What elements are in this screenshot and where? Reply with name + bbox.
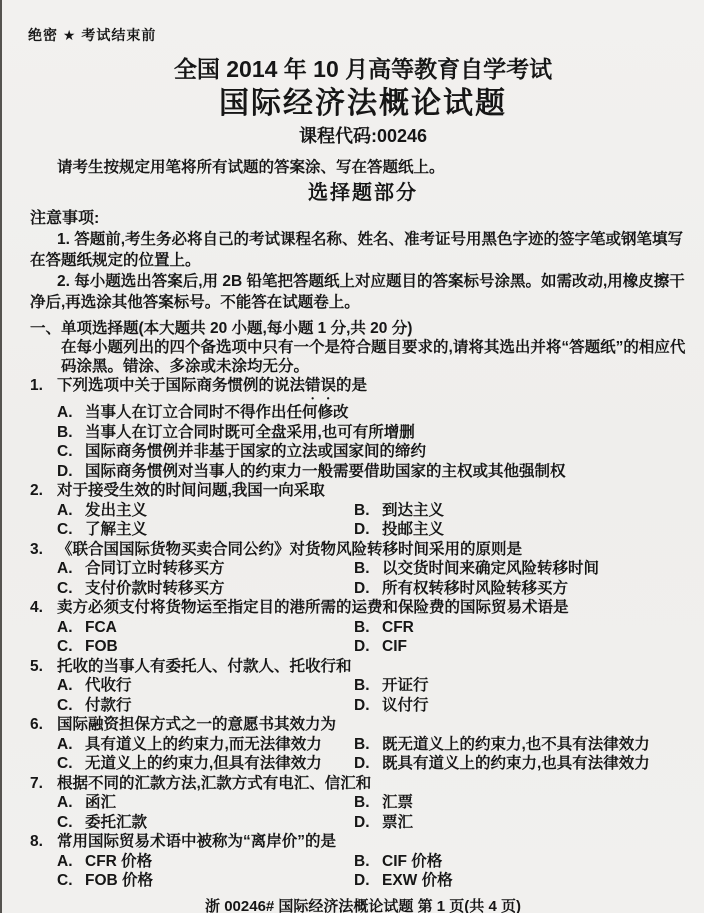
- paper-title: 国际经济法概论试题: [30, 86, 696, 122]
- option-text: 议付行: [382, 696, 429, 716]
- question-stem: 7.根据不同的汇款方法,汇款方式有电汇、信汇和: [30, 774, 696, 794]
- option-letter: B.: [354, 852, 382, 872]
- question-stem: 4.卖方必须支付将货物运至指定目的港所需的运费和保险费的国际贸易术语是: [30, 598, 696, 618]
- question-stem-text: 托收的当事人有委托人、付款人、托收行和: [57, 657, 696, 677]
- question-6: 6.国际融资担保方式之一的意愿书其效力为A.具有道义上的约束力,而无法律效力B.…: [30, 715, 696, 774]
- notes-heading: 注意事项:: [30, 208, 696, 229]
- option-letter: D.: [354, 520, 382, 540]
- option-text: 委托汇款: [85, 813, 147, 833]
- question-options: A.CFR 价格B.CIF 价格C.FOB 价格D.EXW 价格: [57, 852, 696, 891]
- option-B: B.开证行: [354, 676, 696, 696]
- option-D: D.所有权转移时风险转移买方: [354, 579, 696, 599]
- option-text: 合同订立时转移买方: [85, 559, 225, 579]
- option-A: A.发出主义: [57, 501, 354, 521]
- option-D: D.EXW 价格: [354, 871, 696, 891]
- option-letter: A.: [57, 559, 85, 579]
- question-stem: 6.国际融资担保方式之一的意愿书其效力为: [30, 715, 696, 735]
- option-letter: C.: [57, 520, 85, 540]
- option-B: B.汇票: [354, 793, 696, 813]
- question-stem: 3.《联合国国际货物买卖合同公约》对货物风险转移时间采用的原则是: [30, 540, 696, 560]
- scan-edge-artifact: [0, 0, 2, 913]
- stem-text: 根据不同的汇款方法,汇款方式有电汇、信汇和: [57, 775, 371, 792]
- note-item-1: 1. 答题前,考生务必将自己的考试课程名称、姓名、准考证号用黑色字迹的签字笔或钢…: [30, 229, 696, 271]
- option-text: CIF: [382, 637, 407, 657]
- option-A: A.具有道义上的约束力,而无法律效力: [57, 735, 354, 755]
- option-A: A.FCA: [57, 618, 354, 638]
- option-text: FOB 价格: [85, 871, 153, 891]
- option-letter: A.: [57, 852, 85, 872]
- stem-text: 托收的当事人有委托人、付款人、托收行和: [57, 658, 352, 675]
- option-C: C.支付价款时转移买方: [57, 579, 354, 599]
- question-number: 1.: [30, 376, 57, 403]
- option-letter: B.: [354, 618, 382, 638]
- question-stem-text: 根据不同的汇款方法,汇款方式有电汇、信汇和: [57, 774, 696, 794]
- classification-banner: 绝密 ★ 考试结束前: [28, 25, 696, 45]
- option-B: B.当事人在订立合同时既可全盘采用,也可有所增删: [57, 423, 696, 443]
- question-5: 5.托收的当事人有委托人、付款人、托收行和A.代收行B.开证行C.付款行D.议付…: [30, 657, 696, 716]
- option-D: D.投邮主义: [354, 520, 696, 540]
- option-letter: B.: [354, 793, 382, 813]
- option-letter: B.: [354, 676, 382, 696]
- option-B: B.既无道义上的约束力,也不具有法律效力: [354, 735, 696, 755]
- question-list: 1.下列选项中关于国际商务惯例的说法错误的是A.当事人在订立合同时不得作出任何修…: [30, 376, 696, 891]
- option-C: C.无道义上的约束力,但具有法律效力: [57, 754, 354, 774]
- part-one-number: 一、: [30, 319, 61, 376]
- option-letter: A.: [57, 735, 85, 755]
- question-stem-text: 对于接受生效的时间问题,我国一向采取: [57, 481, 696, 501]
- option-letter: D.: [354, 637, 382, 657]
- option-letter: A.: [57, 618, 85, 638]
- option-C: C.付款行: [57, 696, 354, 716]
- part-one-heading: 一、 单项选择题(本大题共 20 小题,每小题 1 分,共 20 分) 在每小题…: [30, 319, 696, 376]
- option-B: B.CIF 价格: [354, 852, 696, 872]
- stem-text: 卖方必须支付将货物运至指定目的港所需的运费和保险费的国际贸易术语是: [57, 599, 569, 616]
- question-stem-text: 卖方必须支付将货物运至指定目的港所需的运费和保险费的国际贸易术语是: [57, 598, 696, 618]
- option-text: 付款行: [85, 696, 132, 716]
- option-text: 国际商务惯例对当事人的约束力一般需要借助国家的主权或其他强制权: [85, 462, 566, 482]
- question-8: 8.常用国际贸易术语中被称为“离岸价”的是A.CFR 价格B.CIF 价格C.F…: [30, 832, 696, 891]
- option-letter: B.: [354, 501, 382, 521]
- question-options: A.FCAB.CFRC.FOBD.CIF: [57, 618, 696, 657]
- option-letter: D.: [354, 871, 382, 891]
- question-1: 1.下列选项中关于国际商务惯例的说法错误的是A.当事人在订立合同时不得作出任何修…: [30, 376, 696, 481]
- stem-text: 常用国际贸易术语中被称为“离岸价”的是: [57, 833, 336, 850]
- stem-text: 的是: [336, 377, 367, 394]
- option-text: 具有道义上的约束力,而无法律效力: [85, 735, 322, 755]
- option-letter: C.: [57, 696, 85, 716]
- question-3: 3.《联合国国际货物买卖合同公约》对货物风险转移时间采用的原则是A.合同订立时转…: [30, 540, 696, 599]
- question-options: A.发出主义B.到达主义C.了解主义D.投邮主义: [57, 501, 696, 540]
- option-text: 当事人在订立合同时不得作出任何修改: [85, 403, 349, 423]
- option-letter: A.: [57, 793, 85, 813]
- option-letter: B.: [57, 423, 85, 443]
- question-stem: 5.托收的当事人有委托人、付款人、托收行和: [30, 657, 696, 677]
- option-letter: C.: [57, 813, 85, 833]
- option-A: A.当事人在订立合同时不得作出任何修改: [57, 403, 696, 423]
- question-stem-text: 《联合国国际货物买卖合同公约》对货物风险转移时间采用的原则是: [57, 540, 696, 560]
- question-number: 5.: [30, 657, 57, 677]
- option-C: C.FOB: [57, 637, 354, 657]
- option-letter: A.: [57, 676, 85, 696]
- option-text: 以交货时间来确定风险转移时间: [382, 559, 599, 579]
- option-C: C.国际商务惯例并非基于国家的立法或国家间的缔约: [57, 442, 696, 462]
- question-2: 2.对于接受生效的时间问题,我国一向采取A.发出主义B.到达主义C.了解主义D.…: [30, 481, 696, 540]
- question-number: 8.: [30, 832, 57, 852]
- question-options: A.合同订立时转移买方B.以交货时间来确定风险转移时间C.支付价款时转移买方D.…: [57, 559, 696, 598]
- option-D: D.国际商务惯例对当事人的约束力一般需要借助国家的主权或其他强制权: [57, 462, 696, 482]
- exam-session-title: 全国 2014 年 10 月高等教育自学考试: [30, 55, 696, 83]
- option-letter: B.: [354, 559, 382, 579]
- question-number: 6.: [30, 715, 57, 735]
- option-letter: B.: [354, 735, 382, 755]
- option-text: 开证行: [382, 676, 429, 696]
- option-letter: C.: [57, 754, 85, 774]
- option-text: 到达主义: [382, 501, 444, 521]
- option-D: D.议付行: [354, 696, 696, 716]
- stem-text: 国际融资担保方式之一的意愿书其效力为: [57, 716, 336, 733]
- question-stem: 8.常用国际贸易术语中被称为“离岸价”的是: [30, 832, 696, 852]
- question-options: A.当事人在订立合同时不得作出任何修改B.当事人在订立合同时既可全盘采用,也可有…: [57, 403, 696, 481]
- option-B: B.到达主义: [354, 501, 696, 521]
- option-text: 发出主义: [85, 501, 147, 521]
- option-text: 票汇: [382, 813, 413, 833]
- option-text: 支付价款时转移买方: [85, 579, 225, 599]
- option-text: 所有权转移时风险转移买方: [382, 579, 568, 599]
- question-number: 7.: [30, 774, 57, 794]
- option-text: 无道义上的约束力,但具有法律效力: [85, 754, 322, 774]
- option-text: EXW 价格: [382, 871, 453, 891]
- page-footer: 浙 00246# 国际经济法概论试题 第 1 页(共 4 页): [30, 897, 696, 913]
- option-letter: D.: [354, 579, 382, 599]
- option-D: D.票汇: [354, 813, 696, 833]
- option-A: A.合同订立时转移买方: [57, 559, 354, 579]
- question-options: A.函汇B.汇票C.委托汇款D.票汇: [57, 793, 696, 832]
- question-number: 3.: [30, 540, 57, 560]
- option-text: FOB: [85, 637, 118, 657]
- option-letter: A.: [57, 501, 85, 521]
- option-B: B.CFR: [354, 618, 696, 638]
- option-A: A.函汇: [57, 793, 354, 813]
- option-C: C.了解主义: [57, 520, 354, 540]
- option-B: B.以交货时间来确定风险转移时间: [354, 559, 696, 579]
- stem-text: 《联合国国际货物买卖合同公约》对货物风险转移时间采用的原则是: [57, 541, 522, 558]
- question-options: A.具有道义上的约束力,而无法律效力B.既无道义上的约束力,也不具有法律效力C.…: [57, 735, 696, 774]
- option-D: D.CIF: [354, 637, 696, 657]
- option-letter: D.: [57, 462, 85, 482]
- question-stem: 1.下列选项中关于国际商务惯例的说法错误的是: [30, 376, 696, 403]
- option-D: D.既具有道义上的约束力,也具有法律效力: [354, 754, 696, 774]
- question-number: 4.: [30, 598, 57, 618]
- option-text: 代收行: [85, 676, 132, 696]
- section-title: 选择题部分: [30, 181, 696, 205]
- option-text: 既具有道义上的约束力,也具有法律效力: [382, 754, 650, 774]
- option-A: A.代收行: [57, 676, 354, 696]
- question-stem-text: 下列选项中关于国际商务惯例的说法错误的是: [57, 376, 696, 403]
- option-C: C.委托汇款: [57, 813, 354, 833]
- part-one-body: 单项选择题(本大题共 20 小题,每小题 1 分,共 20 分) 在每小题列出的…: [61, 319, 696, 376]
- option-letter: D.: [354, 754, 382, 774]
- option-text: 既无道义上的约束力,也不具有法律效力: [382, 735, 650, 755]
- question-stem: 2.对于接受生效的时间问题,我国一向采取: [30, 481, 696, 501]
- option-letter: A.: [57, 403, 85, 423]
- option-text: 投邮主义: [382, 520, 444, 540]
- question-stem-text: 国际融资担保方式之一的意愿书其效力为: [57, 715, 696, 735]
- stem-text: 下列选项中关于国际商务惯例的说法: [57, 377, 305, 394]
- option-text: 国际商务惯例并非基于国家的立法或国家间的缔约: [85, 442, 426, 462]
- option-letter: C.: [57, 442, 85, 462]
- option-text: CIF 价格: [382, 852, 442, 872]
- option-text: 了解主义: [85, 520, 147, 540]
- question-stem-text: 常用国际贸易术语中被称为“离岸价”的是: [57, 832, 696, 852]
- stem-emphasized-text: 错误: [305, 377, 336, 394]
- option-text: 汇票: [382, 793, 413, 813]
- option-text: FCA: [85, 618, 117, 638]
- note-item-2: 2. 每小题选出答案后,用 2B 铅笔把答题纸上对应题目的答案标号涂黑。如需改动…: [30, 271, 696, 313]
- option-text: 函汇: [85, 793, 116, 813]
- question-7: 7.根据不同的汇款方法,汇款方式有电汇、信汇和A.函汇B.汇票C.委托汇款D.票…: [30, 774, 696, 833]
- pen-instruction: 请考生按规定用笔将所有试题的答案涂、写在答题纸上。: [57, 158, 696, 178]
- option-letter: C.: [57, 579, 85, 599]
- question-4: 4.卖方必须支付将货物运至指定目的港所需的运费和保险费的国际贸易术语是A.FCA…: [30, 598, 696, 657]
- option-letter: C.: [57, 871, 85, 891]
- part-one-subtitle: 在每小题列出的四个备选项中只有一个是符合题目要求的,请将其选出并将“答题纸”的相…: [61, 338, 696, 376]
- part-one-title: 单项选择题(本大题共 20 小题,每小题 1 分,共 20 分): [61, 319, 696, 338]
- exam-page: 绝密 ★ 考试结束前 全国 2014 年 10 月高等教育自学考试 国际经济法概…: [0, 0, 704, 913]
- course-code: 课程代码:00246: [30, 125, 696, 147]
- option-letter: D.: [354, 696, 382, 716]
- option-A: A.CFR 价格: [57, 852, 354, 872]
- option-letter: C.: [57, 637, 85, 657]
- question-options: A.代收行B.开证行C.付款行D.议付行: [57, 676, 696, 715]
- option-C: C.FOB 价格: [57, 871, 354, 891]
- question-number: 2.: [30, 481, 57, 501]
- option-text: CFR 价格: [85, 852, 152, 872]
- option-text: 当事人在订立合同时既可全盘采用,也可有所增删: [85, 423, 415, 443]
- option-letter: D.: [354, 813, 382, 833]
- option-text: CFR: [382, 618, 414, 638]
- stem-text: 对于接受生效的时间问题,我国一向采取: [57, 482, 325, 499]
